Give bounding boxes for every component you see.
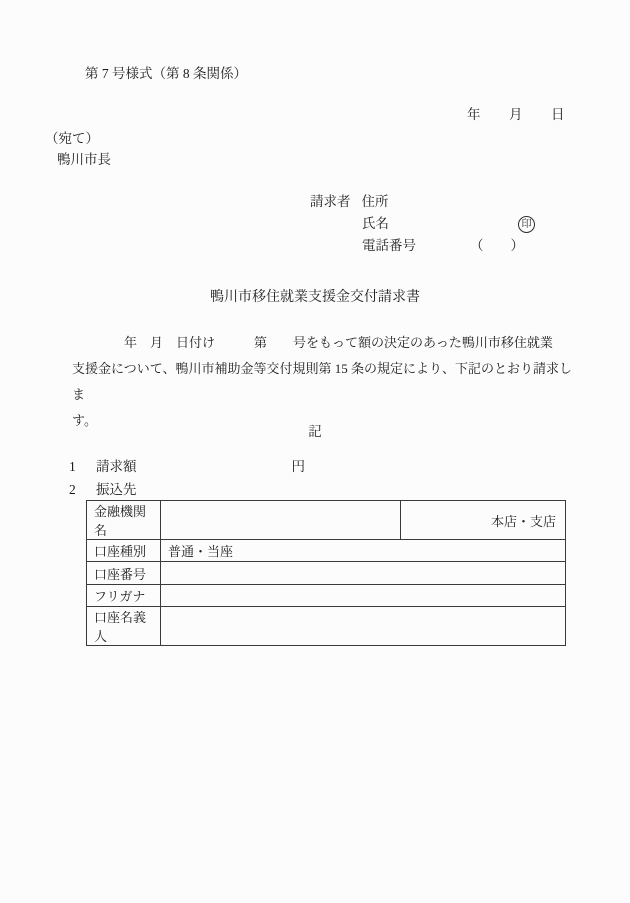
phone-label: 電話番号 [362, 238, 416, 253]
table-row-bank-name: 金融機関名 本店・支店 [87, 501, 566, 540]
table-row-account-number: 口座番号 [87, 562, 566, 584]
account-holder-label: 口座名義人 [87, 607, 161, 646]
claimant-label: 請求者 [310, 194, 351, 209]
record-marker: 記 [0, 420, 630, 440]
document-title: 鴨川市移住就業支援金交付請求書 [0, 286, 630, 306]
furigana-label: フリガナ [87, 584, 161, 606]
table-row-account-holder: 口座名義人 [87, 607, 566, 646]
transfer-to-label: 振込先 [96, 482, 137, 497]
claimant-block: 請求者住所 氏名 印 電話番号 （ ） [310, 191, 570, 257]
claim-amount-label: 請求額 [96, 459, 137, 474]
phone-parens-placeholder: （ ） [470, 235, 524, 257]
address-label: 住所 [362, 194, 389, 209]
account-number-label: 口座番号 [87, 562, 161, 584]
seal-mark-icon: 印 [518, 216, 535, 233]
addressee-name: 鴨川市長 [57, 148, 111, 168]
claim-amount-item: 1請求額円 [69, 456, 305, 479]
table-row-account-type: 口座種別 普通・当座 [87, 540, 566, 562]
claimant-phone-row: 電話番号 （ ） [310, 235, 570, 257]
form-number: 第 7 号様式（第 8 条関係） [85, 62, 247, 82]
name-label: 氏名 [362, 216, 389, 231]
document-page: { "page": { "background": "#fcfcfc", "te… [0, 0, 630, 903]
bank-name-input-cell [161, 501, 401, 540]
claimant-address-row: 請求者住所 [310, 191, 570, 213]
item-number: 1 [69, 456, 82, 479]
addressee-note: （宛て） [45, 127, 99, 147]
item-number: 2 [69, 479, 82, 502]
table-row-furigana: フリガナ [87, 584, 566, 606]
account-holder-input-cell [161, 607, 566, 646]
account-number-input-cell [161, 562, 566, 584]
account-type-value: 普通・当座 [161, 540, 566, 562]
furigana-input-cell [161, 584, 566, 606]
branch-type-label: 本店・支店 [401, 501, 566, 540]
items-list: 1請求額円 2振込先 [69, 456, 305, 501]
yen-unit-label: 円 [292, 459, 306, 474]
account-type-label: 口座種別 [87, 540, 161, 562]
date-placeholder: 年 月 日 [467, 103, 565, 123]
claimant-name-row: 氏名 印 [310, 213, 570, 235]
bank-transfer-table: 金融機関名 本店・支店 口座種別 普通・当座 口座番号 フリガナ 口座名義人 [86, 500, 566, 646]
bank-name-label: 金融機関名 [87, 501, 161, 540]
transfer-to-item: 2振込先 [69, 479, 305, 502]
body-paragraph: 年 月 日付け 第 号をもって額の決定のあった鴨川市移住就業 支援金について、鴨… [72, 330, 580, 434]
